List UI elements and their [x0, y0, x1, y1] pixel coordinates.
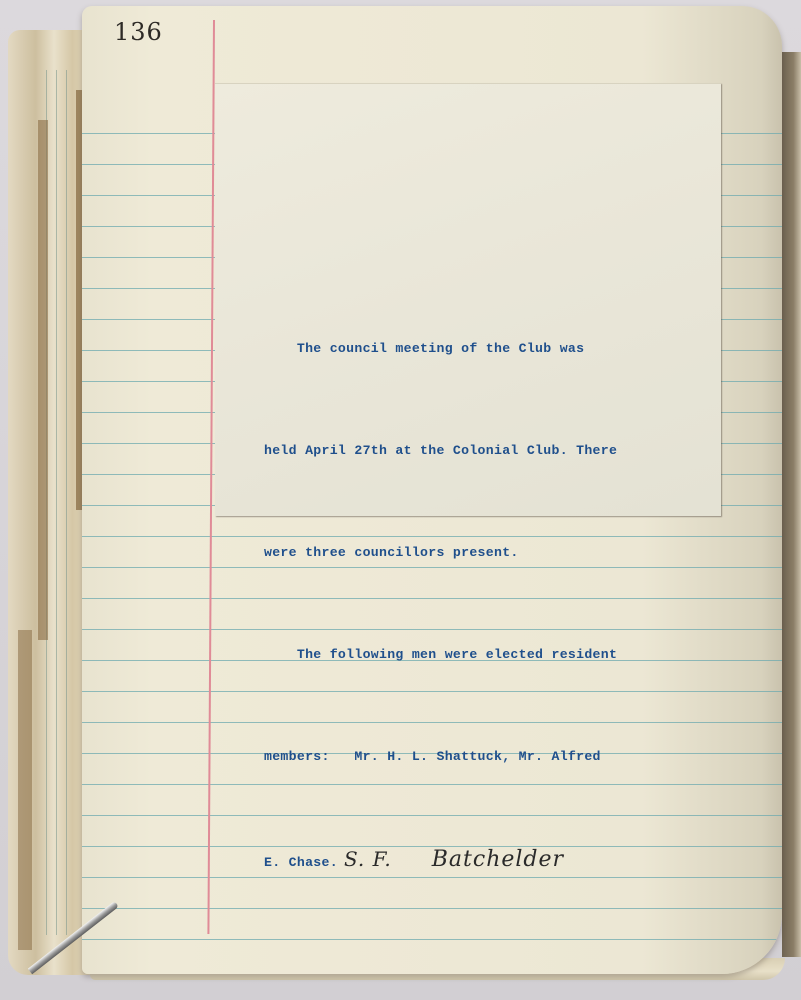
signature-initials: S. F. — [344, 847, 392, 871]
book-cover-edge — [782, 52, 801, 957]
torn-page-stub — [18, 630, 32, 950]
typed-text-block: The council meeting of the Club was held… — [264, 264, 704, 944]
typed-line: The council meeting of the Club was — [264, 332, 704, 366]
signature-surname: Batchelder — [432, 847, 564, 872]
ledger-page: 136 The council meeting of the Club was … — [82, 6, 782, 974]
stack-rule — [56, 70, 57, 935]
typed-line: were three councillors present. — [264, 536, 704, 570]
typed-line: held April 27th at the Colonial Club. Th… — [264, 434, 704, 468]
typed-line: The following men were elected resident — [264, 638, 704, 672]
typed-line-with-signature: E. Chase.S. F.Batchelder — [264, 842, 704, 876]
stack-rule — [66, 70, 67, 935]
pasted-typed-note: The council meeting of the Club was held… — [215, 83, 721, 516]
typed-line: members: Mr. H. L. Shattuck, Mr. Alfred — [264, 740, 704, 774]
typed-line: E. Chase. — [264, 855, 338, 870]
page-number: 136 — [114, 18, 163, 46]
torn-page-stub — [38, 120, 48, 640]
